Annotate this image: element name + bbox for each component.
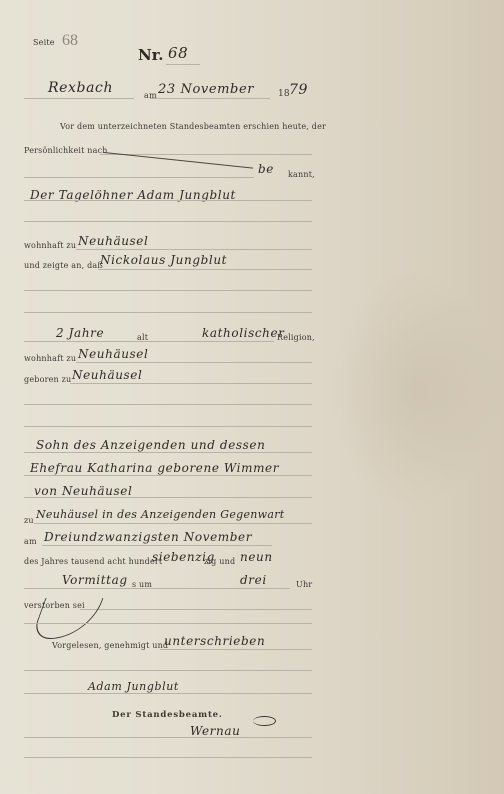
signature-flourish <box>253 716 276 726</box>
zeigte-label: und zeigte an, daß <box>24 261 103 270</box>
rule <box>24 737 312 738</box>
rule <box>24 693 312 694</box>
rule <box>24 426 312 427</box>
rule <box>24 200 312 201</box>
rule <box>76 249 312 250</box>
zig-und-label: zig und <box>204 557 235 566</box>
ink-bleed-through <box>330 270 500 510</box>
jahr-label: des Jahres tausend acht hundert <box>24 557 162 566</box>
parents-line-3: von Neuhäusel <box>34 484 132 498</box>
vorgelesen-label: Vorgelesen, genehmigt und <box>52 641 168 650</box>
rule <box>24 588 290 589</box>
age-value: 2 Jahre <box>56 326 104 340</box>
persoenlichkeit-label: Persönlichkeit nach <box>24 146 108 155</box>
rule <box>76 362 312 363</box>
parents-line-2: Ehefrau Katharina geborene Wimmer <box>30 461 279 475</box>
rule <box>24 221 312 222</box>
time-of-day: Vormittag <box>62 573 128 587</box>
wohnhaft-value-2: Neuhäusel <box>78 347 148 361</box>
rule <box>34 523 312 524</box>
rule <box>24 623 312 624</box>
jahr-units: neun <box>240 550 273 564</box>
uhr-label: Uhr <box>296 580 312 589</box>
wohnhaft-label-1: wohnhaft zu <box>24 241 76 250</box>
year-suffix: 79 <box>289 82 308 98</box>
wohnhaft-value-1: Neuhäusel <box>78 234 148 248</box>
rule <box>24 670 312 671</box>
hour-value: drei <box>240 573 267 587</box>
informant-signature: Adam Jungblut <box>88 680 179 693</box>
nr-rule <box>166 64 200 65</box>
rule <box>24 312 312 313</box>
intro-text: Vor dem unterzeichneten Standesbeamten e… <box>60 122 326 131</box>
rule <box>24 98 134 99</box>
seite-number: 68 <box>62 32 78 50</box>
nr-label: Nr. <box>138 46 163 64</box>
rule <box>150 98 270 99</box>
rule <box>24 475 312 476</box>
seite-label: Seite <box>33 38 55 47</box>
rule <box>24 290 312 291</box>
rule <box>24 404 312 405</box>
date-value: 23 November <box>158 82 254 97</box>
nr-value: 68 <box>168 44 188 62</box>
geboren-value: Neuhäusel <box>72 368 142 382</box>
vorgelesen-value: unterschrieben <box>164 634 265 648</box>
zu-label: zu <box>24 516 34 525</box>
am-label-2: am <box>24 537 37 546</box>
rule <box>160 649 312 650</box>
rule <box>24 497 312 498</box>
official-signature: Wernau <box>190 724 240 738</box>
religion-label: Religion, <box>277 333 315 342</box>
rule <box>80 609 312 610</box>
death-day: Dreiundzwanzigsten November <box>44 530 252 544</box>
rule <box>24 757 312 758</box>
rule <box>98 269 312 270</box>
parents-line-1: Sohn des Anzeigenden und dessen <box>36 438 265 452</box>
religion-value: katholischer <box>202 326 285 340</box>
rule <box>70 383 312 384</box>
death-place: Neuhäusel in des Anzeigenden Gegenwart <box>36 508 285 521</box>
rule <box>24 341 274 342</box>
rule <box>24 177 254 178</box>
deceased-name: Nickolaus Jungblut <box>100 253 227 267</box>
register-page: Seite 68 Nr. 68 Rexbach am 23 November 1… <box>0 0 504 794</box>
rule <box>42 545 272 546</box>
place-value: Rexbach <box>48 80 113 96</box>
official-title: Der Standesbeamte. <box>112 710 223 720</box>
wohnhaft-label-2: wohnhaft zu <box>24 354 76 363</box>
geboren-label: geboren zu <box>24 375 71 384</box>
rule <box>24 452 312 453</box>
bekannt-label: kannt, <box>288 170 315 179</box>
bekannt-hand: be <box>258 162 274 176</box>
